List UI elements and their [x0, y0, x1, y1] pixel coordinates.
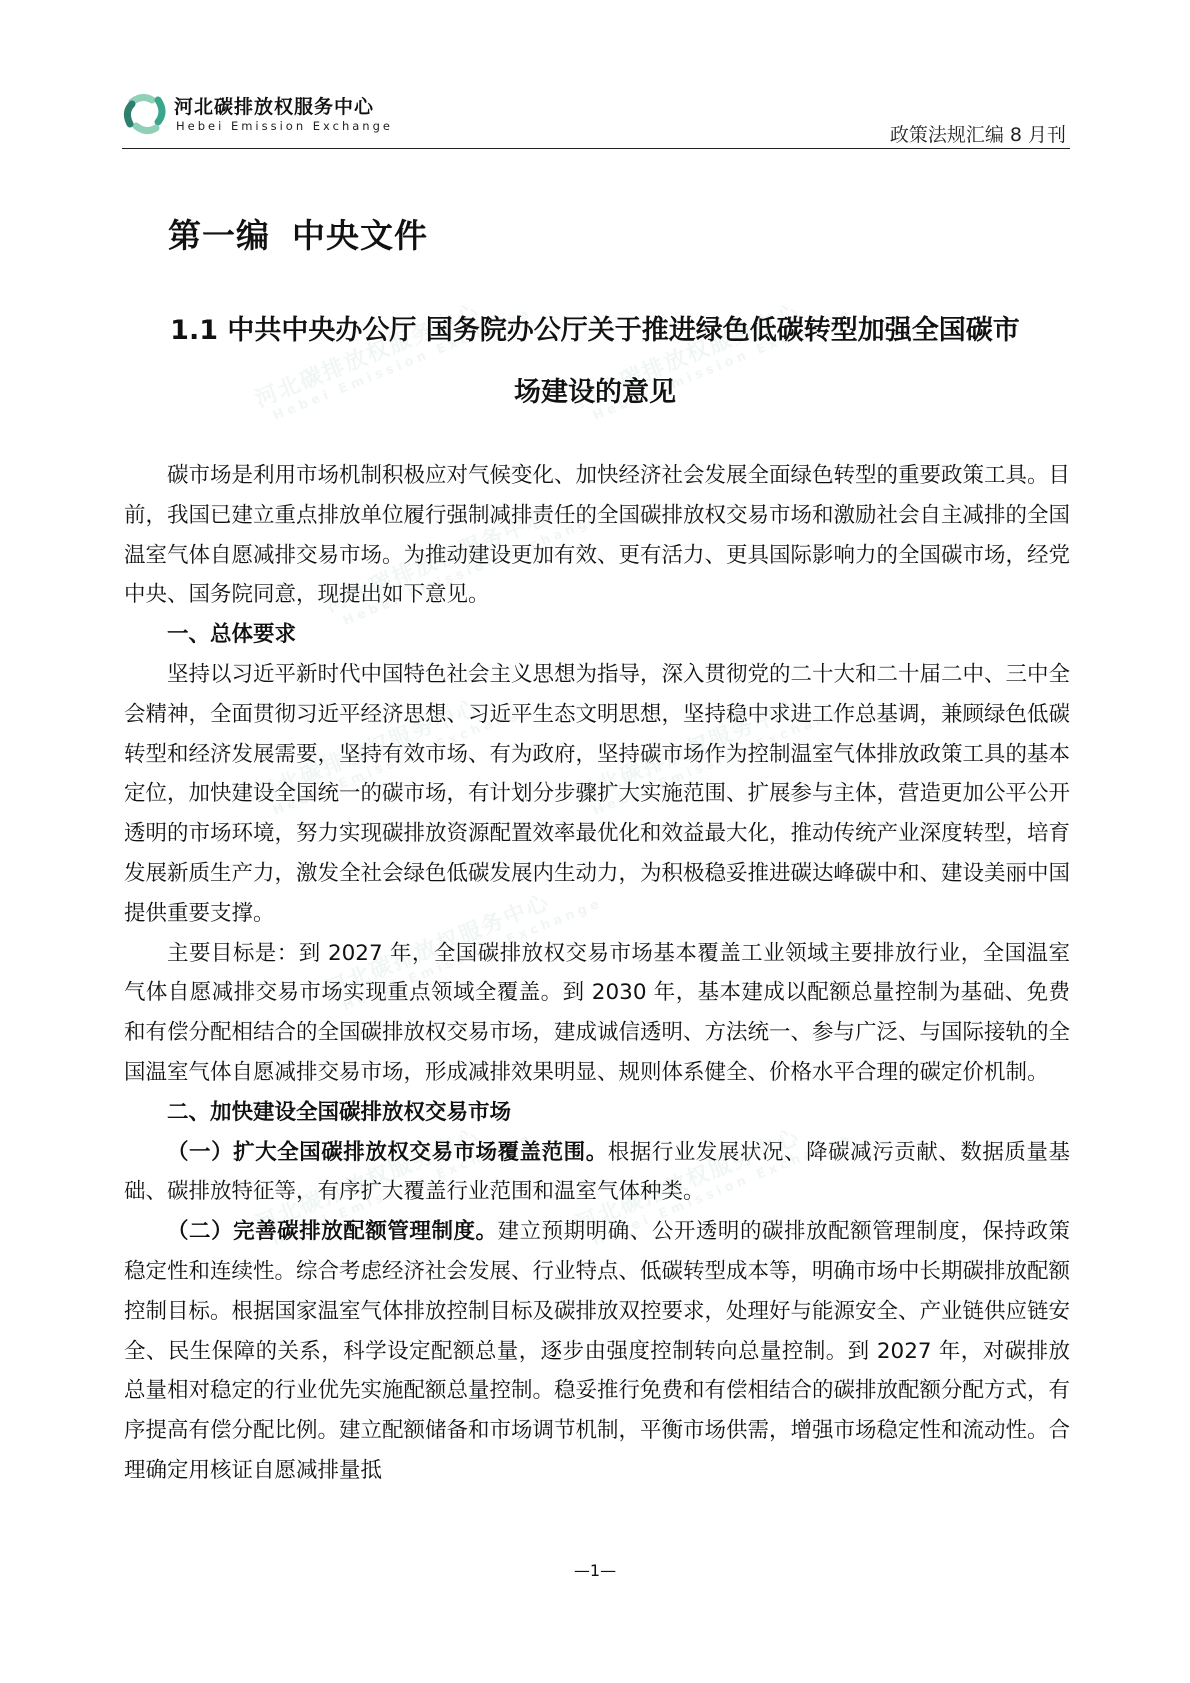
- page-header: 河北碳排放权服务中心 Hebei Emission Exchange 政策法规汇…: [122, 90, 1070, 149]
- hebei-emission-exchange-logo-icon: [122, 90, 168, 136]
- subsection-title: （一）扩大全国碳排放权交易市场覆盖范围。: [167, 1140, 608, 1165]
- intro-paragraph: 碳市场是利用市场机制积极应对气候变化、加快经济社会发展全面绿色转型的重要政策工具…: [124, 456, 1070, 615]
- section-title: 1.1 中共中央办公厅 国务院办公厅关于推进绿色低碳转型加强全国碳市 场建设的意…: [120, 300, 1070, 424]
- subsection-text: 建立预期明确、公开透明的碳排放配额管理制度，保持政策稳定性和连续性。综合考虑经济…: [124, 1219, 1070, 1483]
- heading-national-carbon-market: 二、加快建设全国碳排放权交易市场: [124, 1093, 1070, 1133]
- section-title-line-2: 场建设的意见: [120, 362, 1070, 424]
- paragraph-guiding-principles: 坚持以习近平新时代中国特色社会主义思想为指导，深入贯彻党的二十大和二十届二中、三…: [124, 655, 1070, 934]
- publication-title: 政策法规汇编 8 月刊: [890, 120, 1066, 147]
- paragraph-main-goals: 主要目标是：到 2027 年，全国碳排放权交易市场基本覆盖工业领域主要排放行业，…: [124, 934, 1070, 1093]
- page-number: —1—: [0, 1561, 1190, 1580]
- org-name-en: Hebei Emission Exchange: [176, 119, 393, 133]
- paragraph-allowance-management: （二）完善碳排放配额管理制度。建立预期明确、公开透明的碳排放配额管理制度，保持政…: [124, 1212, 1070, 1491]
- org-name-cn: 河北碳排放权服务中心: [174, 92, 374, 119]
- part-title: 第一编中央文件: [168, 210, 428, 257]
- section-title-line-1: 1.1 中共中央办公厅 国务院办公厅关于推进绿色低碳转型加强全国碳市: [120, 300, 1070, 362]
- paragraph-expand-coverage: （一）扩大全国碳排放权交易市场覆盖范围。根据行业发展状况、降碳减污贡献、数据质量…: [124, 1133, 1070, 1213]
- subsection-title: （二）完善碳排放配额管理制度。: [167, 1219, 498, 1244]
- document-body: 碳市场是利用市场机制积极应对气候变化、加快经济社会发展全面绿色转型的重要政策工具…: [124, 456, 1070, 1491]
- part-number: 第一编: [168, 216, 270, 255]
- heading-general-requirements: 一、总体要求: [124, 615, 1070, 655]
- part-name: 中央文件: [292, 216, 428, 255]
